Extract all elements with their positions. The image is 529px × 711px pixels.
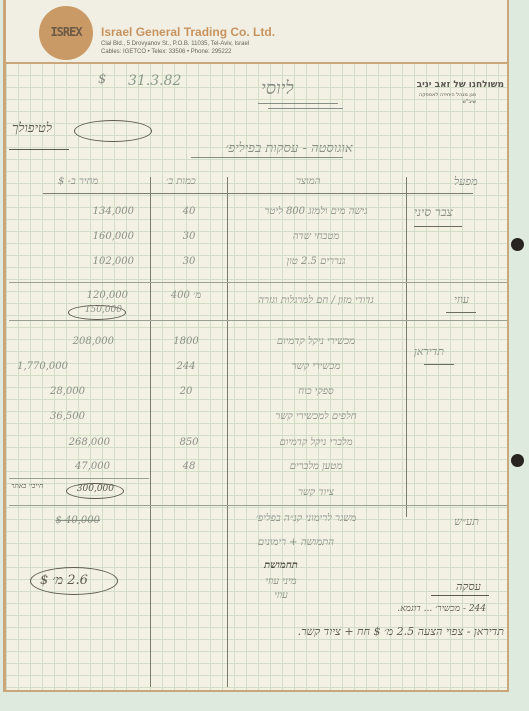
group-rule-1 — [9, 282, 507, 283]
sum-underline — [431, 595, 489, 596]
header-item: המוצר — [296, 176, 321, 187]
supplier-3-underline — [424, 364, 454, 365]
item-cell: ציוד קשר — [231, 487, 401, 498]
col-divider-qty-item — [227, 177, 228, 687]
item-cell: תחמושת — [196, 560, 366, 571]
price-cell: 120,000 — [58, 290, 128, 301]
document-title: אוגוסטה - עסקות בפיליפ׳ — [194, 140, 384, 156]
group-rule-2 — [9, 320, 507, 321]
header-price: מחיר ב- $ — [58, 176, 98, 187]
supplier-3: תדיראן — [414, 345, 444, 358]
item-cell: מטען מלברים — [231, 461, 401, 472]
sum-label: עסקה — [456, 580, 481, 593]
letterhead: ISREX Israel General Trading Co. Ltd. Cl… — [6, 0, 507, 64]
item-cell: חלפים למכשירי קשר — [231, 411, 401, 422]
qty-cell: 400 מ׳ — [166, 290, 206, 301]
price-circled: 300,000 — [44, 484, 114, 494]
supplier-4: תע״ש — [454, 515, 479, 528]
binder-hole — [511, 454, 524, 467]
letter-paper: ISREX Israel General Trading Co. Ltd. Cl… — [3, 0, 509, 692]
col-divider-item-supplier — [406, 177, 407, 517]
item-cell: עוזי — [196, 590, 366, 601]
sum-detail: 244 - מכשיר׳ ... דוגמא. — [306, 603, 486, 614]
logo-text: ISREX — [39, 25, 93, 39]
address-line: Clal Bld., 5 Drovyanov St., P.O.B. 11035… — [101, 41, 249, 49]
stamp-underline — [9, 149, 69, 150]
qty-cell: 20 — [166, 386, 206, 397]
item-cell: ספקי כוח — [231, 386, 401, 397]
item-cell: מכשירי קשר — [231, 361, 401, 372]
binder-hole — [511, 238, 524, 251]
qty-cell: 48 — [169, 461, 209, 472]
price-cell: 268,000 — [40, 437, 110, 448]
qty-cell: 244 — [166, 361, 206, 372]
side-note: חייבי׳ באתר — [11, 482, 43, 490]
col-divider-price-qty — [150, 177, 151, 687]
price-cell: 208,000 — [44, 336, 114, 347]
contact-line: Cables: IGETCO • Telex: 33506 • Phone: 2… — [101, 49, 249, 57]
supplier-1-underline — [414, 226, 462, 227]
qty-cell: 30 — [169, 256, 209, 267]
price-circled: 150,000 — [52, 305, 122, 315]
price-cell: 36,500 — [15, 411, 85, 422]
addressee-underline-2 — [268, 108, 343, 109]
qty-cell: 1800 — [166, 336, 206, 347]
bottom-note: תדיראן - צפוי הצעה 2.5 מ׳ $ חח + ציוד קש… — [204, 625, 504, 638]
supplier-2: עוזי — [454, 293, 469, 306]
qty-cell: 30 — [169, 231, 209, 242]
item-cell: מטבחי שדה — [231, 231, 401, 242]
item-cell: מלברי ניקל קדמיום — [231, 437, 401, 448]
price-cell: 28,000 — [15, 386, 85, 397]
price-cell: 47,000 — [40, 461, 110, 472]
company-address: Clal Bld., 5 Drovyanov St., P.O.B. 11035… — [101, 41, 249, 56]
qty-cell: 850 — [169, 437, 209, 448]
price-cell: 102,000 — [64, 256, 134, 267]
dollar-mark: $ — [98, 72, 106, 87]
company-name: Israel General Trading Co. Ltd. — [101, 25, 275, 39]
addressee-underline — [258, 103, 338, 104]
header-rule — [43, 193, 473, 194]
item-cell: גישה מים ולמזג 800 ליטר — [231, 206, 401, 217]
item-cell: מכשירי ניקל קדמיום — [231, 336, 401, 347]
company-logo: ISREX — [39, 6, 93, 60]
group-rule-3 — [9, 505, 507, 506]
item-cell: מיני עוזי — [196, 576, 366, 587]
addressee: ליוסי — [261, 78, 294, 99]
stamp-handwriting: לטיפולך — [12, 120, 52, 136]
header-supplier: מפעל — [454, 175, 478, 188]
from-org: שיב"ש — [386, 99, 476, 105]
supplier-2-underline — [446, 312, 476, 313]
price-cell: 134,000 — [64, 206, 134, 217]
group-rule-3a — [9, 478, 149, 479]
item-cell: התמושה + רימונים — [211, 537, 381, 548]
supplier-1: צבר סיני — [414, 205, 453, 220]
item-cell: גנררים 2.5 טון — [231, 256, 401, 267]
stamp-oval — [74, 120, 152, 142]
from-title: סגן מנהל היחידה לאספקה — [386, 92, 476, 98]
price-cell-struck: $ 40,000 — [30, 515, 100, 526]
price-cell: 160,000 — [64, 231, 134, 242]
qty-cell: 40 — [169, 206, 209, 217]
total-circled: 2.6 מ׳ $ — [40, 572, 88, 588]
price-cell: 1,770,000 — [0, 361, 68, 372]
header-qty: כמות ב׳ — [166, 176, 196, 187]
item-cell: גדודי מזון / חם למרגלות וגזרה — [231, 295, 401, 306]
title-underline — [191, 157, 343, 158]
date: 31.3.82 — [128, 73, 181, 89]
item-cell: משגר לרימוני קנ״ה בפליפ׳ — [221, 513, 391, 524]
from-name: משולחנו של זאב יניב — [386, 80, 504, 90]
